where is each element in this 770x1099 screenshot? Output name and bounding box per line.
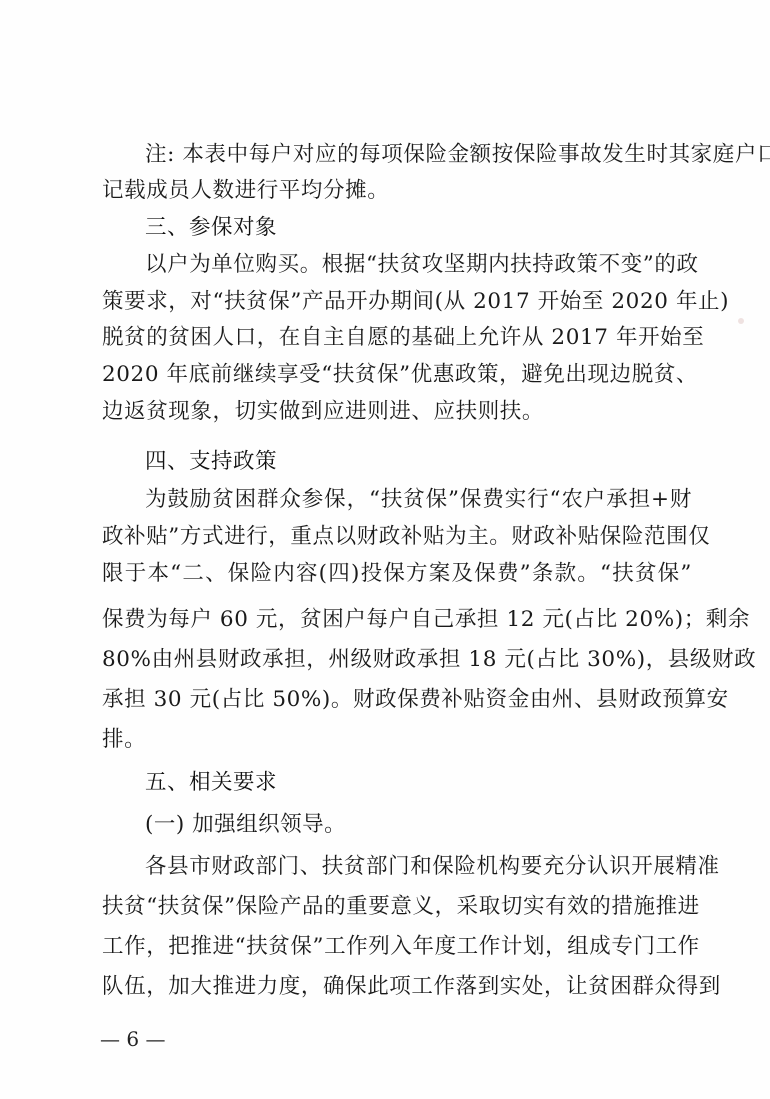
section3-line-5: 边返贫现象，切实做到应进则进、应扶则扶。 [102,397,692,427]
section4-line-1: 为鼓励贫困群众参保，“扶贫保”保费实行“农户承担+财 [145,485,692,515]
section-heading-participants: 三、参保对象 [145,213,277,243]
section4-line-4: 保费为每户 60 元，贫困户每户自己承担 12 元(占比 20%)；剩余 [102,605,692,635]
scan-artifact [738,318,744,324]
section-heading-requirements: 五、相关要求 [145,768,277,798]
section3-line-1: 以户为单位购买。根据“扶贫攻坚期内扶持政策不变”的政 [145,250,692,280]
section-heading-support-policy: 四、支持政策 [145,447,277,477]
section4-line-2: 政补贴”方式进行，重点以财政补贴为主。财政补贴保险范围仅 [102,522,692,552]
section3-line-2: 策要求，对“扶贫保”产品开办期间(从 2017 开始至 2020 年止) [102,287,692,317]
section4-line-3: 限于本“二、保险内容(四)投保方案及保费”条款。“扶贫保” [102,559,692,589]
section5-line-3: 工作，把推进“扶贫保”工作列入年度工作计划，组成专门工作 [102,932,692,962]
section4-line-5: 80%由州县财政承担，州级财政承担 18 元(占比 30%)，县级财政 [102,645,692,675]
section3-line-3: 脱贫的贫困人口，在自主自愿的基础上允许从 2017 年开始至 [102,323,692,353]
section4-line-7: 排。 [102,725,692,755]
section5-line-4: 队伍，加大推进力度，确保此项工作落到实处，让贫困群众得到 [102,972,692,1002]
section3-line-4: 2020 年底前继续享受“扶贫保”优惠政策，避免出现边脱贫、 [102,360,692,390]
page-number: — 6 — [100,1026,165,1052]
section4-line-6: 承担 30 元(占比 50%)。财政保费补贴资金由州、县财政预算安 [102,685,692,715]
subsection-heading-organization: (一) 加强组织领导。 [145,810,346,840]
section5-line-2: 扶贫“扶贫保”保险产品的重要意义，采取切实有效的措施推进 [102,892,692,922]
note-line-2: 记载成员人数进行平均分摊。 [102,176,692,206]
section5-line-1: 各县市财政部门、扶贫部门和保险机构要充分认识开展精准 [145,852,692,882]
document-page: 注: 本表中每户对应的每项保险金额按保险事故发生时其家庭户口簿 记载成员人数进行… [0,0,770,1099]
note-line-1: 注: 本表中每户对应的每项保险金额按保险事故发生时其家庭户口簿 [145,140,692,170]
